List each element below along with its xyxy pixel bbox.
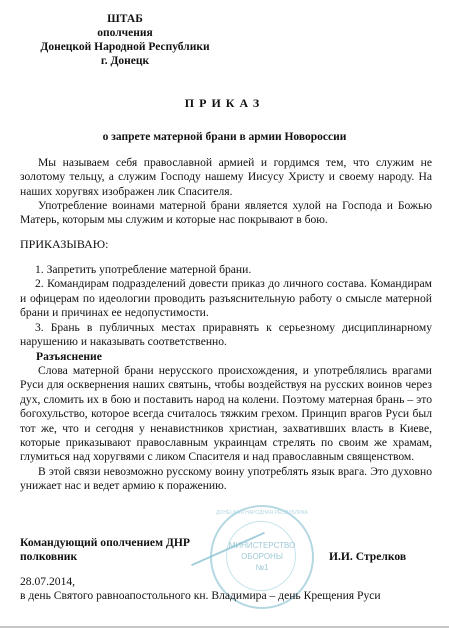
document-date: 28.07.2014, xyxy=(20,575,381,589)
signature-block: Командующий ополчением ДНР полковник xyxy=(20,536,190,565)
paragraph-text: Мы называем себя православной армией и г… xyxy=(20,156,432,199)
date-note: в день Святого равноапостольного кн. Вла… xyxy=(20,589,381,603)
signer-position: Командующий ополчением ДНР xyxy=(20,536,190,550)
order-heading: ПРИКАЗЫВАЮ: xyxy=(20,237,108,252)
signer-rank: полковник xyxy=(20,550,190,564)
headquarters-header: ШТАБ ополчения Донецкой Народной Республ… xyxy=(0,12,250,68)
order-item: 1. Запретить употребление матерной брани… xyxy=(20,263,432,277)
explanation-title: Разъяснение xyxy=(36,350,102,363)
header-line-3: Донецкой Народной Республики xyxy=(0,40,250,54)
header-line-4: г. Донецк xyxy=(0,54,250,68)
paragraph-text: Употребление воинами матерной брани явля… xyxy=(20,199,432,228)
explanation: Слова матерной брани нерусского происхож… xyxy=(20,364,432,494)
explanation-paragraph: В этой связи невозможно русскому воину у… xyxy=(20,465,432,494)
document-title: ПРИКАЗ xyxy=(0,96,449,111)
order-item: 3. Брань в публичных местах приравнять к… xyxy=(20,321,432,350)
intro-paragraph-2: Употребление воинами матерной брани явля… xyxy=(20,199,432,228)
order-item: 2. Командирам подразделений довести прик… xyxy=(20,277,432,320)
document-page: ШТАБ ополчения Донецкой Народной Республ… xyxy=(0,0,449,626)
document-subtitle: о запрете матерной брани в армии Новорос… xyxy=(0,131,449,143)
stamp-ring-text: ДОНЕЦКАЯ НАРОДНАЯ РЕСПУБЛИКА xyxy=(212,510,312,516)
header-line-1: ШТАБ xyxy=(0,12,250,26)
signer-name: И.И. Стрелков xyxy=(329,550,406,563)
stamp-line-3: №1 xyxy=(212,563,312,573)
intro-paragraph-1: Мы называем себя православной армией и г… xyxy=(20,156,432,199)
header-line-2: ополчения xyxy=(0,26,250,40)
stamp-line-2: ОБОРОНЫ xyxy=(212,552,312,562)
date-block: 28.07.2014, в день Святого равноапостоль… xyxy=(20,575,381,604)
order-items: 1. Запретить употребление матерной брани… xyxy=(20,263,432,349)
explanation-paragraph: Слова матерной брани нерусского происхож… xyxy=(20,364,432,465)
